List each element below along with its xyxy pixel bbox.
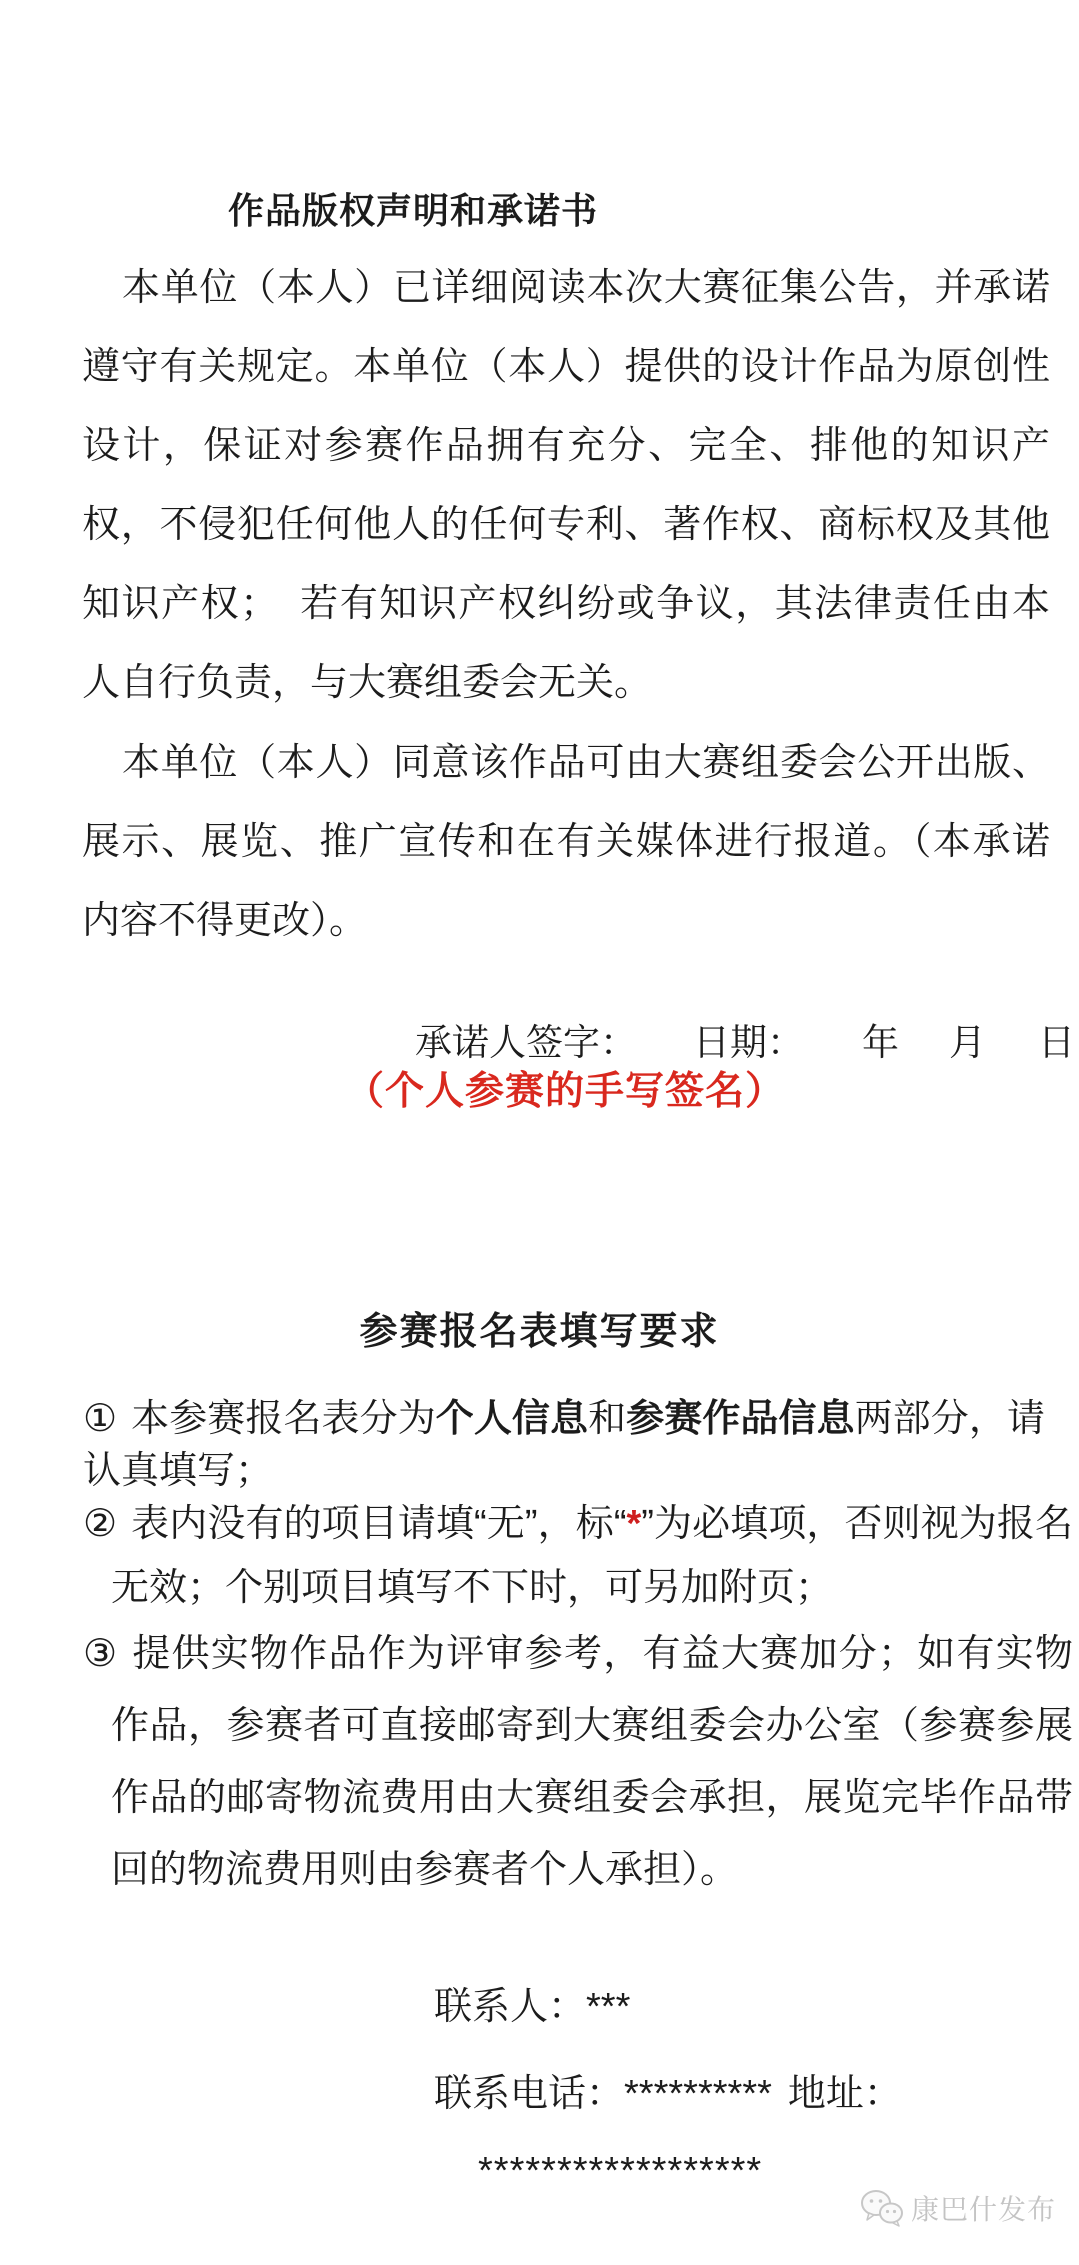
publisher-watermark-label: 康巴什发布 [911, 2188, 1056, 2228]
item-1-bold-personal-info: 个人信息 [436, 1398, 588, 1440]
item-1-bold-entry-info: 参赛作品信息 [626, 1398, 854, 1440]
contact-person-label: 联系人： [434, 1986, 586, 2028]
contact-address-value: ****************** [478, 2150, 762, 2193]
declaration-paragraph-2: 本单位（本人）同意该作品可由大赛组委会公开出版、展示、展览、推广宣传和在有关媒体… [82, 724, 1050, 961]
item-3-text: 提供实物作品作为评审参考，有益大赛加分；如有实物作品，参赛者可直接邮寄到大赛组委… [111, 1633, 1073, 1891]
wechat-logo-icon [860, 2189, 904, 2227]
requirements-title: 参赛报名表填写要求 [0, 1300, 1079, 1355]
signature-month-label: 月 [949, 1022, 986, 1063]
signature-line: 承诺人签字：日期：年月日 [415, 1012, 1075, 1066]
signature-note-red: （个人参赛的手写签名） [345, 1060, 785, 1116]
item-2-text: 表内没有的项目请填“无”，标“ [131, 1503, 626, 1545]
item-3-marker: ③ [83, 1633, 118, 1675]
item-1-marker: ① [83, 1398, 117, 1440]
contact-phone-value: ********** [624, 2073, 772, 2115]
signature-sign-label: 承诺人签字： [415, 1022, 637, 1063]
contact-phone-label: 联系电话： [434, 2073, 624, 2115]
contact-person-line: 联系人：*** [434, 1975, 630, 2030]
item-2-marker: ② [83, 1503, 117, 1545]
document-page: 作品版权声明和承诺书 本单位（本人）已详细阅读本次大赛征集公告，并承诺遵守有关规… [0, 0, 1079, 2265]
declaration-paragraph-1: 本单位（本人）已详细阅读本次大赛征集公告，并承诺遵守有关规定。本单位（本人）提供… [82, 249, 1050, 723]
contact-phone-line: 联系电话：**********地址： [434, 2062, 902, 2117]
requirement-item-2: ②表内没有的项目请填“无”，标“*”为必填项，否则视为报名无效；个别项目填写不下… [83, 1492, 1073, 1620]
item-1-text: 和 [588, 1398, 626, 1440]
signature-day-label: 日 [1038, 1022, 1075, 1063]
item-1-text: 本参赛报名表分为 [131, 1398, 436, 1440]
contact-person-value: *** [586, 1986, 630, 2028]
signature-year-label: 年 [862, 1022, 899, 1063]
contact-address-label: 地址： [788, 2073, 902, 2115]
requirement-item-1: ①本参赛报名表分为个人信息和参赛作品信息两部分，请认真填写； [83, 1393, 1045, 1497]
publisher-watermark: 康巴什发布 [860, 2188, 1056, 2228]
signature-date-label: 日期： [693, 1022, 804, 1063]
requirement-item-3: ③提供实物作品作为评审参考，有益大赛加分；如有实物作品，参赛者可直接邮寄到大赛组… [83, 1618, 1073, 1906]
required-asterisk: * [626, 1503, 641, 1545]
declaration-title: 作品版权声明和承诺书 [228, 183, 598, 234]
